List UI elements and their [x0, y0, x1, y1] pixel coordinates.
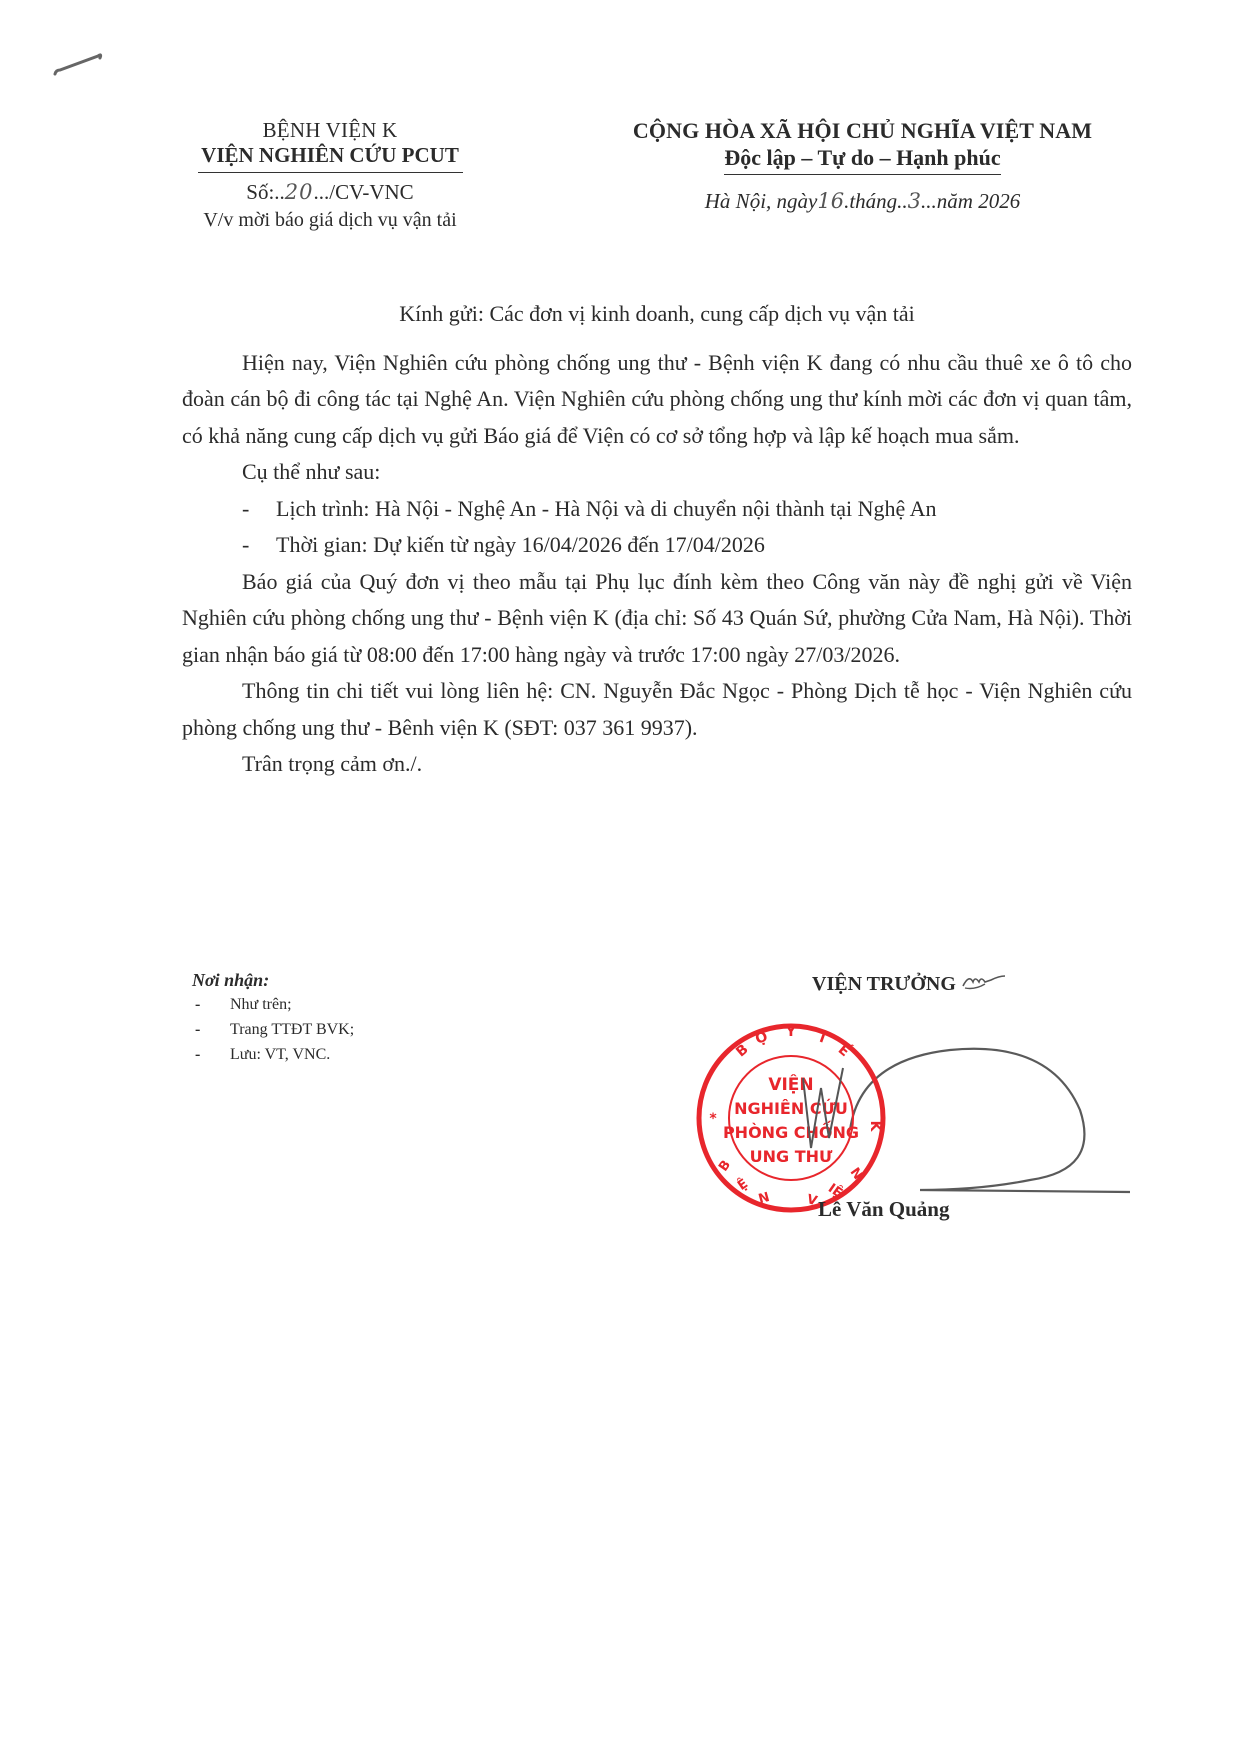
svg-text:N: N — [757, 1190, 771, 1207]
list-item: - Lịch trình: Hà Nội - Nghệ An - Hà Nội … — [182, 491, 1132, 528]
signer-name: Lê Văn Quảng — [818, 1196, 950, 1222]
receiver-item: -Lưu: VT, VNC. — [195, 1042, 354, 1067]
date-year: ...năm 2026 — [921, 189, 1020, 213]
contact-paragraph: Thông tin chi tiết vui lòng liên hệ: CN.… — [182, 673, 1132, 746]
receiver-item: -Như trên; — [195, 992, 354, 1017]
receiver-text: Trang TTĐT BVK; — [230, 1017, 354, 1042]
date-month: 3 — [908, 189, 921, 213]
signer-title: VIỆN TRƯỞNG — [812, 972, 1007, 996]
closing-line: Trân trọng cảm ơn./. — [182, 746, 1132, 783]
receivers-block: Nơi nhận: -Như trên; -Trang TTĐT BVK; -L… — [195, 968, 354, 1067]
number-handwritten: 20 — [285, 180, 314, 204]
date-day: 16 — [817, 189, 844, 213]
national-motto: Độc lập – Tự do – Hạnh phúc — [724, 144, 1000, 175]
date-line: Hà Nội, ngày16.tháng..3...năm 2026 — [585, 187, 1140, 215]
official-stamp-icon: B Ộ Y T Ế * K B Ệ N V IỆ N VIỆN NGHIÊN C… — [693, 1018, 893, 1218]
document-subject: V/v mời báo giá dịch vụ vận tải — [160, 207, 500, 233]
issuer-block: BỆNH VIỆN K VIỆN NGHIÊN CỨU PCUT Số:..20… — [160, 118, 500, 233]
schedule-item: Lịch trình: Hà Nội - Nghệ An - Hà Nội và… — [276, 491, 936, 528]
number-suffix: .../CV-VNC — [314, 180, 414, 204]
national-header: CỘNG HÒA XÃ HỘI CHỦ NGHĨA VIỆT NAM Độc l… — [585, 118, 1140, 215]
document-number: Số:..20.../CV-VNC — [160, 179, 500, 205]
letter-body: Kính gửi: Các đơn vị kinh doanh, cung cấ… — [182, 296, 1132, 783]
signer-title-text: VIỆN TRƯỞNG — [812, 973, 956, 995]
svg-text:K: K — [867, 1121, 883, 1133]
svg-text:UNG THƯ: UNG THƯ — [750, 1147, 833, 1166]
nation-title: CỘNG HÒA XÃ HỘI CHỦ NGHĨA VIỆT NAM — [585, 118, 1140, 144]
list-item: - Thời gian: Dự kiến từ ngày 16/04/2026 … — [182, 527, 1132, 564]
department-name: VIỆN NGHIÊN CỨU PCUT — [160, 142, 500, 168]
svg-text:NGHIÊN CỨU: NGHIÊN CỨU — [734, 1099, 848, 1118]
svg-text:N: N — [847, 1165, 866, 1183]
header-divider — [198, 172, 463, 173]
time-item: Thời gian: Dự kiến từ ngày 16/04/2026 đế… — [276, 527, 765, 564]
receiver-text: Lưu: VT, VNC. — [230, 1042, 330, 1067]
svg-text:*: * — [709, 1111, 717, 1127]
recipient-line: Kính gửi: Các đơn vị kinh doanh, cung cấ… — [182, 296, 1132, 333]
receiver-text: Như trên; — [230, 992, 292, 1017]
intro-paragraph: Hiện nay, Viện Nghiên cứu phòng chống un… — [182, 345, 1132, 455]
organization-name: BỆNH VIỆN K — [160, 118, 500, 142]
bullet-dash: - — [242, 491, 276, 528]
initial-scribble-icon — [961, 972, 1007, 992]
pen-mark-icon — [52, 48, 112, 78]
receiver-item: -Trang TTĐT BVK; — [195, 1017, 354, 1042]
svg-text:PHÒNG CHỐNG: PHÒNG CHỐNG — [723, 1121, 859, 1142]
number-prefix: Số:.. — [246, 180, 285, 204]
date-place: Hà Nội, ngày — [705, 189, 818, 213]
submission-paragraph: Báo giá của Quý đơn vị theo mẫu tại Phụ … — [182, 564, 1132, 674]
receivers-title: Nơi nhận: — [192, 968, 354, 992]
date-month-label: .tháng.. — [844, 189, 908, 213]
svg-text:VIỆN: VIỆN — [768, 1073, 813, 1095]
svg-text:Y: Y — [785, 1024, 797, 1040]
bullet-dash: - — [242, 527, 276, 564]
details-label: Cụ thể như sau: — [182, 454, 1132, 491]
